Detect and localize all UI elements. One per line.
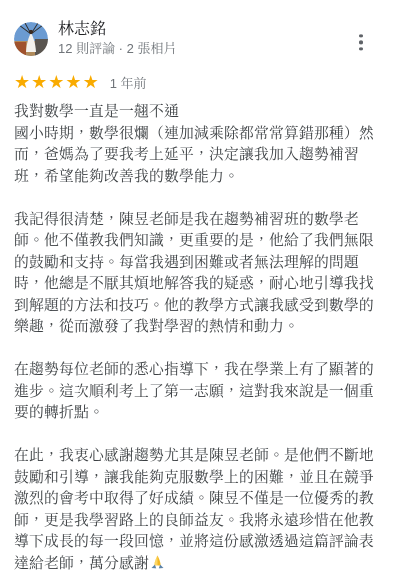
kebab-icon <box>359 34 363 38</box>
star-rating: ★★★★★ <box>14 74 100 92</box>
star-icon: ★ <box>14 74 31 92</box>
avatar-image <box>14 22 48 56</box>
review-body: 我對數學一直是一翹不通 國小時期，數學很爛（連加減乘除都常常算錯那種）然而，爸媽… <box>14 102 381 577</box>
star-icon: ★ <box>65 74 82 92</box>
star-icon: ★ <box>48 74 65 92</box>
review-text: 我對數學一直是一翹不通 國小時期，數學很爛（連加減乘除都常常算錯那種）然而，爸媽… <box>14 104 374 572</box>
star-icon: ★ <box>31 74 48 92</box>
author-name[interactable]: 林志銘 <box>58 20 176 40</box>
more-options-button[interactable] <box>347 28 375 56</box>
author-block: 林志銘 12 則評論 · 2 張相片 <box>58 20 176 58</box>
author-stats: 12 則評論 · 2 張相片 <box>58 40 176 58</box>
review-header: 林志銘 12 則評論 · 2 張相片 <box>14 20 381 58</box>
folded-hands-emoji <box>150 555 165 578</box>
star-icon: ★ <box>83 74 100 92</box>
review-age: 1 年前 <box>110 73 147 92</box>
review-card: 林志銘 12 則評論 · 2 張相片 ★★★★★ 1 年前 我對數學一直是一翹不… <box>0 0 395 583</box>
rating-row: ★★★★★ 1 年前 <box>14 73 381 92</box>
avatar[interactable] <box>14 22 48 56</box>
